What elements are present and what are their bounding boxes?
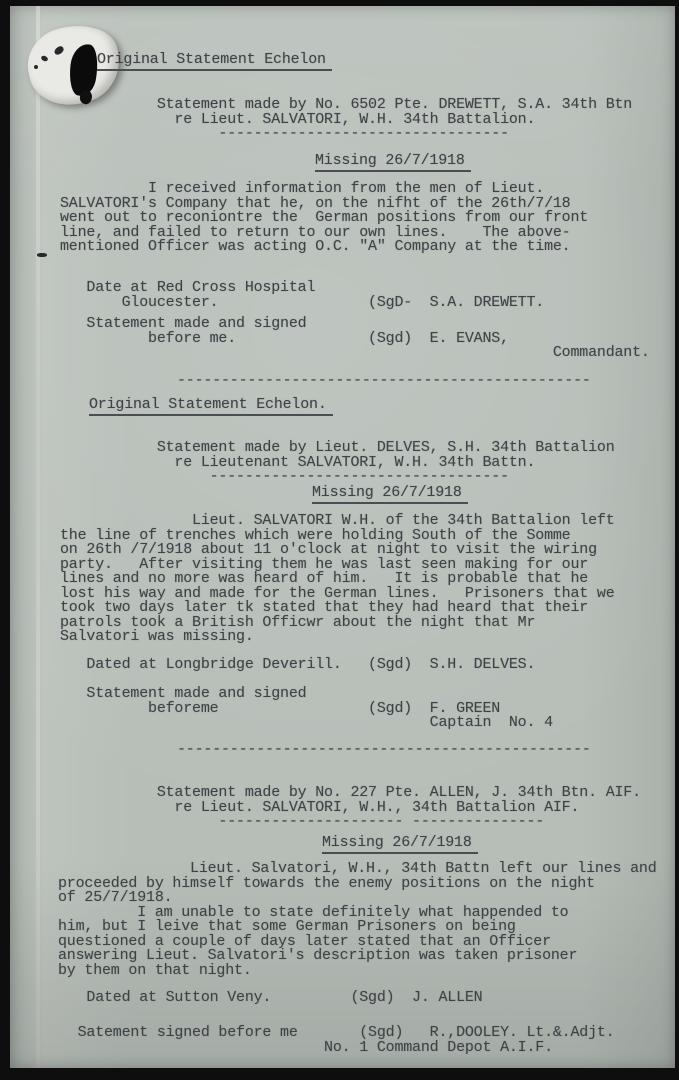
missing-heading-1: Missing 26/7/1918 [315,154,471,172]
scanned-photo-frame: Original Statement Echelon Statement mad… [0,0,679,1080]
section-title-echelon-1: Original Statement Echelon [97,53,332,71]
statement-1-body: I received information from the men of L… [60,182,588,255]
statement-3-body: Lieut. Salvatori, W.H., 34th Battn left … [58,862,657,978]
missing-heading-wrap-2: Missing 26/7/1918 [312,486,468,504]
ink-speck [34,65,38,69]
section-divider-1: ----------------------------------------… [177,374,591,389]
statement-1-signature-drewett: Date at Red Cross Hospital Gloucester. (… [60,281,544,310]
missing-heading-wrap-1: Missing 26/7/1918 [315,154,471,172]
missing-heading-3: Missing 26/7/1918 [322,836,478,854]
statement-1-header: Statement made by No. 6502 Pte. DREWETT,… [60,98,632,142]
statement-3-signature-allen: Dated at Sutton Veny. (Sgd) J. ALLEN [60,991,482,1006]
missing-heading-wrap-3: Missing 26/7/1918 [322,836,478,854]
statement-2-header: Statement made by Lieut. DELVES, S.H. 34… [60,441,615,485]
statement-3-signature-dooley: Satement signed before me (Sgd) R.,DOOLE… [60,1026,615,1055]
statement-2-body: Lieut. SALVATORI W.H. of the 34th Battal… [60,514,615,645]
statement-2-signature-delves: Dated at Longbridge Deverill. (Sgd) S.H.… [60,658,535,673]
statement-1-signature-evans: Statement made and signed before me. (Sg… [60,317,650,361]
section-title-echelon-2: Original Statement Echelon. [89,398,333,416]
paper-fold-crease [36,6,40,1068]
section-title-wrap-1: Original Statement Echelon [97,53,332,71]
document-paper: Original Statement Echelon Statement mad… [10,6,675,1068]
ink-speck [37,253,47,257]
missing-heading-2: Missing 26/7/1918 [312,486,468,504]
section-title-wrap-2: Original Statement Echelon. [89,398,333,416]
section-divider-2: ----------------------------------------… [177,743,591,758]
statement-2-signature-green: Statement made and signed beforeme (Sgd)… [60,687,553,731]
statement-3-header: Statement made by No. 227 Pte. ALLEN, J.… [60,786,641,830]
